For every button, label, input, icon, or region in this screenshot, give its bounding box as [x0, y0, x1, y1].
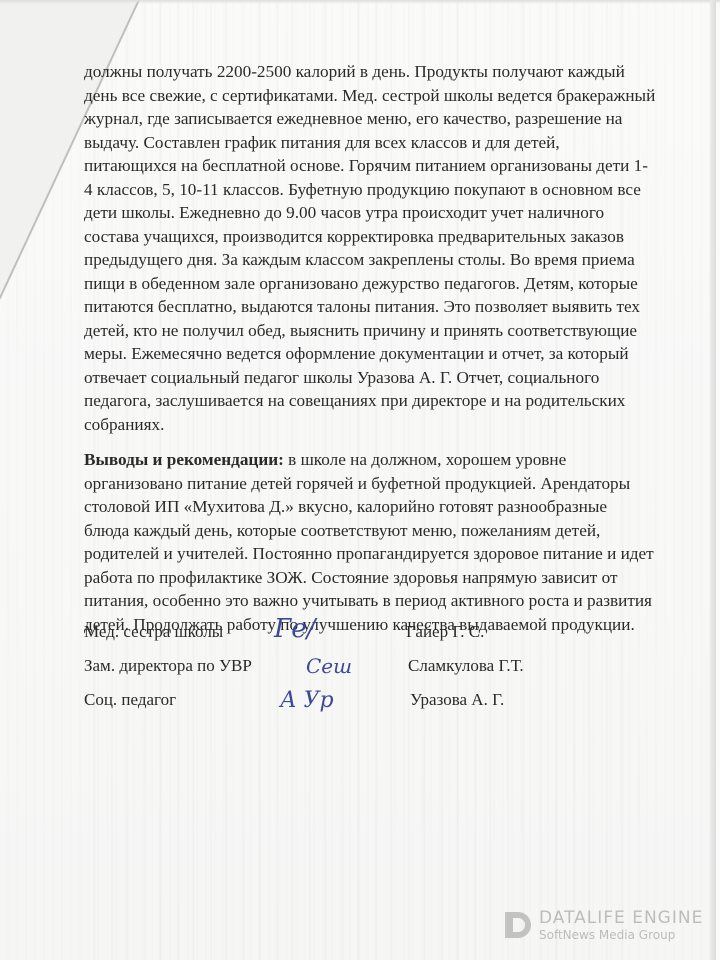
- handwritten-signature: Ге/: [274, 614, 315, 644]
- text-line: отвечает социальный педагог школы Уразов…: [84, 366, 644, 390]
- signer-role: Зам. директора по УВР: [84, 656, 252, 676]
- text-line: 4 классов, 5, 10-11 классов. Буфетную пр…: [84, 178, 644, 202]
- signer-role: Соц. педагог: [84, 690, 176, 710]
- text-line: предыдущего дня. За каждым классом закре…: [84, 248, 644, 272]
- text-line: столовой ИП «Мухитова Д.» вкусно, калори…: [84, 495, 644, 519]
- text-line: Выводы и рекомендации: в школе на должно…: [84, 448, 644, 472]
- page-top-edge: [0, 0, 720, 4]
- text-line: питающихся на бесплатной основе. Горячим…: [84, 154, 644, 178]
- page-right-edge: [710, 0, 716, 960]
- paragraph-nutrition: должны получать 2200-2500 калорий в день…: [84, 60, 644, 436]
- document-body: должны получать 2200-2500 калорий в день…: [84, 60, 644, 636]
- watermark-title: DataLife Engine: [539, 908, 703, 928]
- watermark: DataLife Engine SoftNews Media Group: [505, 910, 705, 950]
- paragraph-conclusions: Выводы и рекомендации: в школе на должно…: [84, 448, 644, 636]
- text-line: детей, кто не получил обед, выяснить при…: [84, 319, 644, 343]
- text-line: журнал, где записывается ежедневное меню…: [84, 107, 644, 131]
- scanned-page: должны получать 2200-2500 калорий в день…: [0, 0, 716, 960]
- datalife-logo-icon: [505, 912, 531, 938]
- text-line: дети школы. Ежедневно до 9.00 часов утра…: [84, 201, 644, 225]
- text-line: блюда каждый день, которые соответствуют…: [84, 519, 644, 543]
- signer-name: Гайер Г. С.: [406, 622, 484, 642]
- text-line: пищи в обеденном зале организовано дежур…: [84, 272, 644, 296]
- text-line: день все свежие, с сертификатами. Мед. с…: [84, 84, 644, 108]
- signer-name: Сламкулова Г.Т.: [408, 656, 524, 676]
- handwritten-signature: Сеш: [306, 654, 352, 678]
- watermark-subtitle: SoftNews Media Group: [539, 928, 675, 942]
- signature-row-social-teacher: Соц. педагог А Ур Уразова А. Г.: [84, 690, 604, 714]
- conclusions-heading: Выводы и рекомендации:: [84, 450, 284, 469]
- signature-row-deputy: Зам. директора по УВР Сеш Сламкулова Г.Т…: [84, 656, 604, 680]
- conclusions-first-line: в школе на должном, хорошем уровне: [284, 450, 566, 469]
- text-line: выдачу. Составлен график питания для все…: [84, 131, 644, 155]
- text-line: меры. Ежемесячно ведется оформление доку…: [84, 342, 644, 366]
- text-line: организовано питание детей горячей и буф…: [84, 472, 644, 496]
- signature-row-nurse: Мед. сестра школы Ге/ Гайер Г. С.: [84, 622, 604, 646]
- handwritten-signature: А Ур: [280, 688, 334, 713]
- signer-name: Уразова А. Г.: [410, 690, 504, 710]
- signer-role: Мед. сестра школы: [84, 622, 223, 642]
- text-line: родителей и учителей. Постоянно пропаган…: [84, 542, 644, 566]
- text-line: состава учащихся, производится корректир…: [84, 225, 644, 249]
- text-line: должны получать 2200-2500 калорий в день…: [84, 60, 644, 84]
- text-line: педагога, заслушивается на совещаниях пр…: [84, 389, 644, 413]
- text-line: работа по профилактике ЗОЖ. Состояние зд…: [84, 566, 644, 590]
- text-line: собраниях.: [84, 413, 644, 437]
- text-line: питаются бесплатно, выдаются талоны пита…: [84, 295, 644, 319]
- text-line: питания, особенно это важно учитывать в …: [84, 589, 644, 613]
